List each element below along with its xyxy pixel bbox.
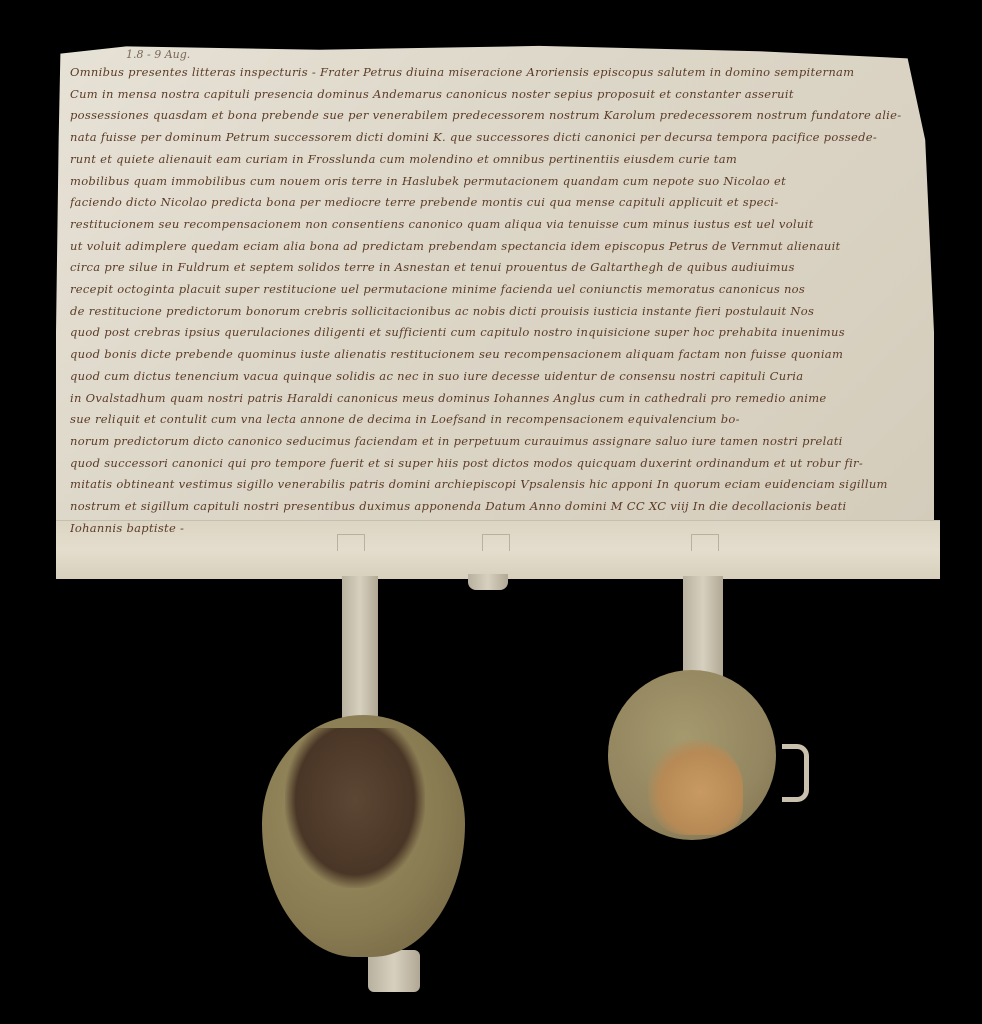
text-line: Omnibus presentes litteras inspecturis -… (70, 62, 930, 84)
text-line: ut voluit adimplere quedam eciam alia bo… (70, 236, 930, 258)
text-line: Cum in mensa nostra capituli presencia d… (70, 84, 930, 106)
strap-remnant-middle (468, 574, 508, 590)
text-line: quod cum dictus tenencium vacua quinque … (70, 366, 930, 388)
text-line: quod successori canonici qui pro tempore… (70, 453, 930, 475)
seal-strap-left (342, 576, 378, 721)
text-line: sue reliquit et contulit cum vna lecta a… (70, 409, 930, 431)
text-line: Iohannis baptiste - (70, 518, 930, 540)
text-line: recepit octoginta placuit super restituc… (70, 279, 930, 301)
dating-note: 1.8 - 9 Aug. (126, 48, 190, 61)
seal-imprint-fragment (648, 740, 743, 835)
strap-loop-right (782, 744, 809, 802)
text-line: mitatis obtineant vestimus sigillo vener… (70, 474, 930, 496)
text-line: in Ovalstadhum quam nostri patris Harald… (70, 388, 930, 410)
text-line: restitucionem seu recompensacionem non c… (70, 214, 930, 236)
text-line: nata fuisse per dominum Petrum successor… (70, 127, 930, 149)
text-line: nostrum et sigillum capituli nostri pres… (70, 496, 930, 518)
text-line: runt et quiete alienauit eam curiam in F… (70, 149, 930, 171)
seal-imprint-episcopal-figure (285, 728, 425, 888)
text-line: possessiones quasdam et bona prebende su… (70, 105, 930, 127)
text-line: de restitucione predictorum bonorum creb… (70, 301, 930, 323)
text-line: quod bonis dicte prebende quominus iuste… (70, 344, 930, 366)
text-line: norum predictorum dicto canonico seducim… (70, 431, 930, 453)
text-line: quod post crebras ipsius querulaciones d… (70, 322, 930, 344)
text-line: circa pre silue in Fuldrum et septem sol… (70, 257, 930, 279)
charter-text: Omnibus presentes litteras inspecturis -… (70, 62, 930, 539)
text-line: faciendo dicto Nicolao predicta bona per… (70, 192, 930, 214)
text-line: mobilibus quam immobilibus cum nouem ori… (70, 171, 930, 193)
seal-strap-right (683, 576, 723, 676)
